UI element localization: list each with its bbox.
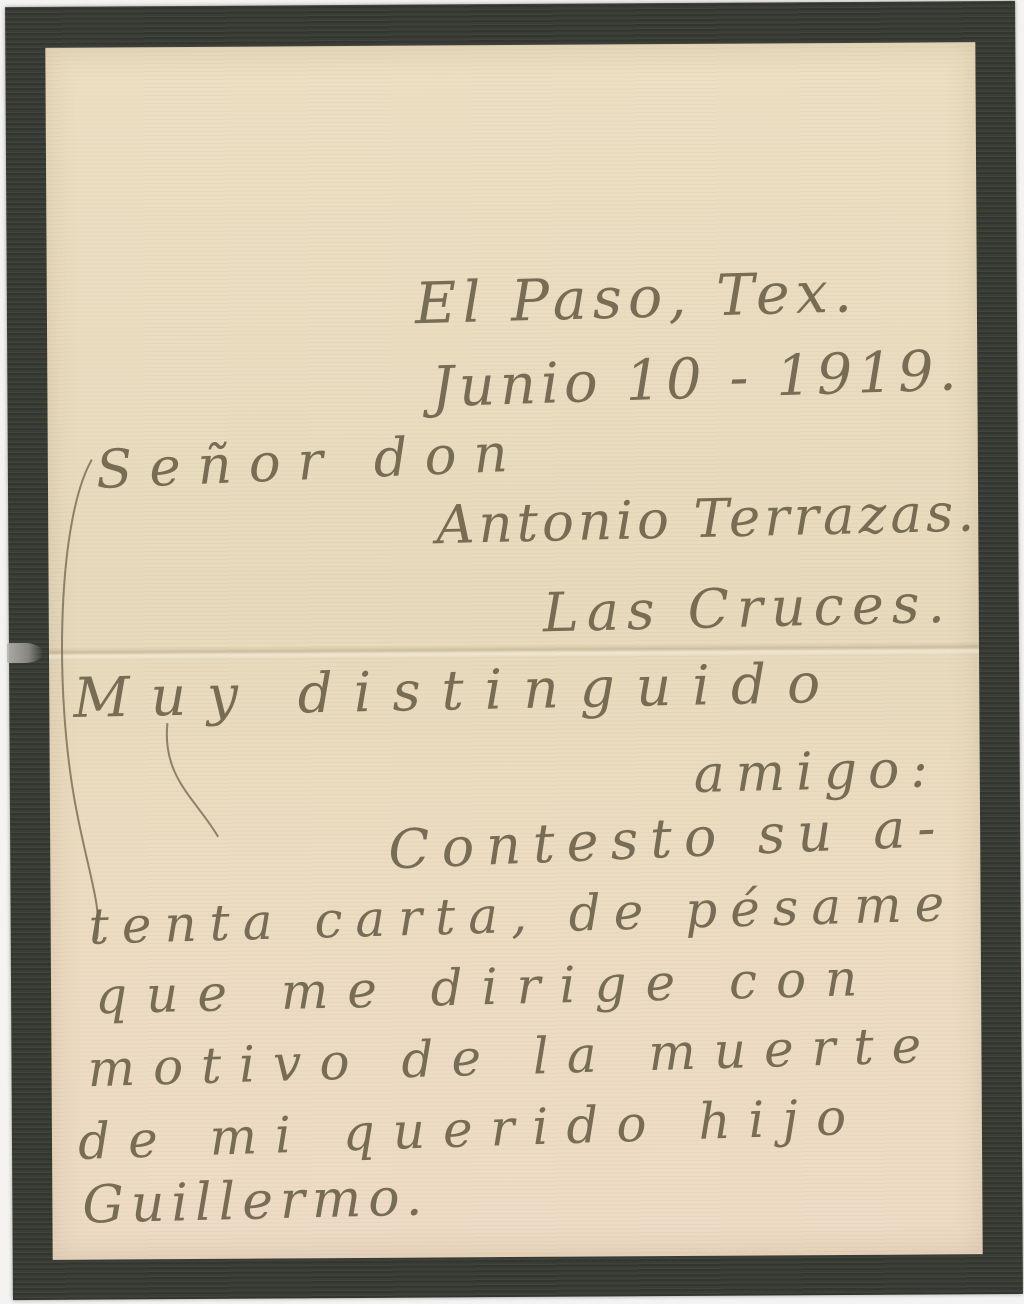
letter-line-body-3: que me dirige con: [94, 950, 876, 1026]
letter-line-place: El Paso, Tex.: [414, 260, 859, 338]
letter-mat-frame: El Paso, Tex. Junio 10 - 1919. Señor don…: [5, 1, 1023, 1300]
letter-page: El Paso, Tex. Junio 10 - 1919. Señor don…: [45, 42, 982, 1260]
mat-wear-notch: [7, 643, 43, 663]
letter-line-body-4: motivo de la muerte: [87, 1017, 940, 1099]
letter-line-recipient-city: Las Cruces.: [542, 573, 953, 645]
letter-line-body-2: tenta carta, de pésame: [88, 875, 958, 956]
letter-line-greeting-2: amigo:: [693, 740, 939, 806]
letter-line-recipient-name: Antonio Terrazas.: [436, 483, 979, 557]
letter-line-date: Junio 10 - 1919.: [430, 339, 962, 420]
pen-flourish-m-descender: [167, 723, 218, 837]
letter-line-salutation-prefix: Señor don: [95, 423, 526, 501]
letter-line-body-6: Guillermo.: [82, 1169, 430, 1237]
letter-line-body-5: de mi querido hijo: [77, 1089, 865, 1172]
letter-line-body-1: Contesto su a-: [387, 797, 949, 882]
letter-line-greeting-1: Muy distinguido: [73, 652, 842, 731]
